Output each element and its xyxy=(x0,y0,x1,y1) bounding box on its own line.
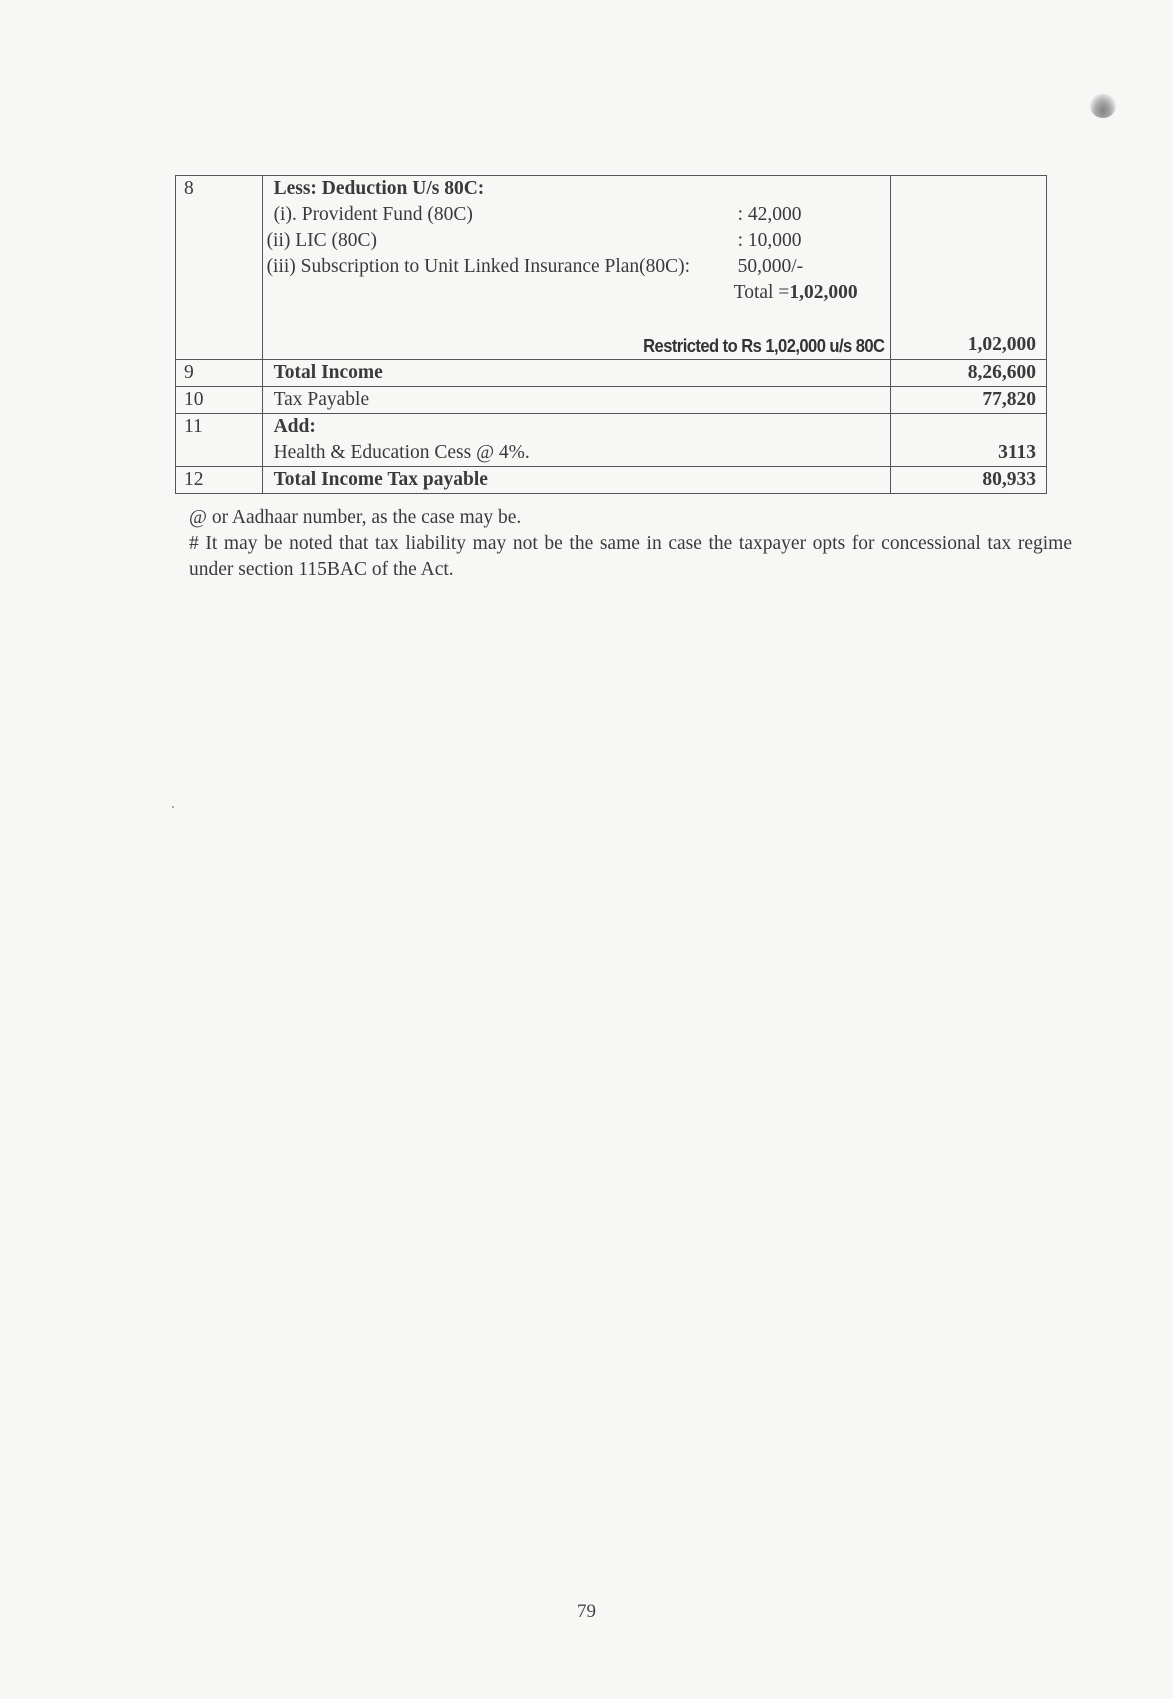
table-row: 9 Total Income 8,26,600 xyxy=(176,360,1047,387)
description-cell: Total Income xyxy=(262,360,890,387)
description-cell: Total Income Tax payable xyxy=(262,467,890,494)
deduction-cell: Less: Deduction U/s 80C: (i). Provident … xyxy=(262,176,890,360)
footnote-tax-regime: # It may be noted that tax liability may… xyxy=(189,531,1072,583)
deduction-total-value: 1,02,000 xyxy=(789,282,857,303)
row-number: 11 xyxy=(176,414,263,467)
page-number: 79 xyxy=(0,1601,1173,1623)
tax-computation-table: 8 Less: Deduction U/s 80C: (i). Providen… xyxy=(175,175,1047,494)
deduction-value: 50,000/- xyxy=(738,254,804,280)
amount-cell: 8,26,600 xyxy=(890,360,1046,387)
deduction-label: (iii) Subscription to Unit Linked Insura… xyxy=(267,254,691,280)
amount-cell: 3113 xyxy=(890,414,1046,467)
deduction-label: (i). Provident Fund (80C) xyxy=(274,202,473,228)
description-cell: Tax Payable xyxy=(262,387,890,414)
deduction-value: : 42,000 xyxy=(738,202,802,228)
deduction-item: (iii) Subscription to Unit Linked Insura… xyxy=(274,254,890,280)
deduction-heading: Less: Deduction U/s 80C: xyxy=(274,176,890,202)
deduction-value: : 10,000 xyxy=(738,228,802,254)
row-number: 10 xyxy=(176,387,263,414)
restricted-note: Restricted to Rs 1,02,000 u/s 80C xyxy=(323,333,890,359)
deduction-label: (ii) LIC (80C) xyxy=(267,228,377,254)
add-heading: Add: xyxy=(274,414,890,440)
amount-cell: 77,820 xyxy=(890,387,1046,414)
deduction-item: (i). Provident Fund (80C) : 42,000 xyxy=(274,202,890,228)
table-row: 12 Total Income Tax payable 80,933 xyxy=(176,467,1047,494)
row-number: 8 xyxy=(176,176,263,360)
description-cell: Add: Health & Education Cess @ 4%. xyxy=(262,414,890,467)
table-row: 8 Less: Deduction U/s 80C: (i). Providen… xyxy=(176,176,1047,360)
row-number: 9 xyxy=(176,360,263,387)
deduction-total: Total =1,02,000 xyxy=(274,280,890,306)
footnotes: @ or Aadhaar number, as the case may be.… xyxy=(189,505,1072,583)
deduction-item: (ii) LIC (80C) : 10,000 xyxy=(274,228,890,254)
row-number: 12 xyxy=(176,467,263,494)
cess-description: Health & Education Cess @ 4%. xyxy=(274,440,890,466)
scan-speck xyxy=(172,806,174,808)
footnote-aadhaar: @ or Aadhaar number, as the case may be. xyxy=(189,505,1072,531)
amount-cell: 1,02,000 xyxy=(890,176,1046,360)
deduction-total-label: Total = xyxy=(734,282,790,303)
scan-artifact xyxy=(1090,94,1116,118)
amount-cell: 80,933 xyxy=(890,467,1046,494)
table-row: 11 Add: Health & Education Cess @ 4%. 31… xyxy=(176,414,1047,467)
table-row: 10 Tax Payable 77,820 xyxy=(176,387,1047,414)
